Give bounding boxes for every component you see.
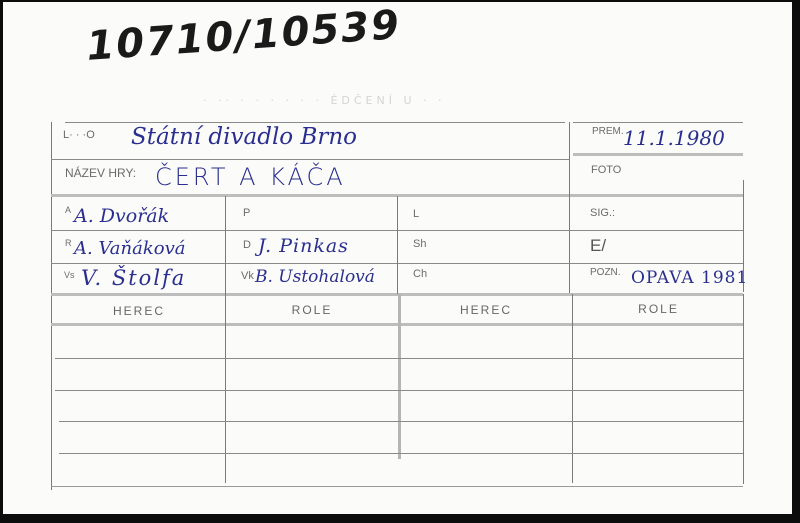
cast-header-role: ROLE bbox=[227, 303, 397, 317]
theatre-value: Státní divadlo Brno bbox=[131, 124, 357, 150]
row-line bbox=[51, 159, 569, 160]
faded-header-text: · ·· · · · · · · ÉDČENÍ U · · bbox=[203, 94, 446, 107]
director-label: R bbox=[65, 238, 72, 248]
table-row bbox=[55, 358, 743, 359]
row-line bbox=[573, 153, 743, 156]
form-top-line-right bbox=[573, 122, 743, 123]
column-line bbox=[743, 294, 744, 484]
l-label: L bbox=[413, 208, 419, 220]
form-left-border bbox=[51, 122, 52, 490]
p-label: P bbox=[243, 207, 250, 219]
premiere-value: 11.1.1980 bbox=[623, 126, 725, 150]
catalog-number: 10710/10539 bbox=[85, 2, 402, 70]
set-designer-label: Vs bbox=[64, 270, 75, 280]
column-line bbox=[398, 294, 401, 459]
play-title-value: ČERT A KÁČA bbox=[155, 163, 346, 191]
table-row bbox=[59, 453, 743, 454]
column-line bbox=[397, 196, 398, 294]
archive-card: 10710/10539 · ·· · · · · · · ÉDČENÍ U · … bbox=[3, 2, 792, 514]
column-line bbox=[569, 122, 570, 294]
table-row bbox=[59, 421, 743, 422]
cast-header-actor: HEREC bbox=[401, 303, 571, 317]
conductor-label: D bbox=[243, 239, 251, 251]
premiere-label: PREM. bbox=[592, 126, 624, 137]
author-value: A. Dvořák bbox=[74, 205, 169, 227]
column-line bbox=[225, 294, 226, 483]
form-top-line bbox=[65, 122, 565, 123]
cast-header-role: ROLE bbox=[574, 302, 743, 316]
table-bottom-line bbox=[51, 486, 743, 487]
column-line bbox=[572, 294, 573, 483]
author-label: A bbox=[65, 205, 71, 215]
cast-header-line bbox=[51, 323, 743, 326]
ch-label: Ch bbox=[413, 268, 427, 280]
costume-designer-label: Vk bbox=[241, 270, 254, 282]
costume-designer-value: B. Ustohalová bbox=[255, 267, 375, 287]
theatre-label: L· · ·O bbox=[63, 129, 95, 141]
conductor-value: J. Pinkas bbox=[258, 235, 349, 257]
e-label: E/ bbox=[590, 236, 606, 256]
director-value: A. Vaňáková bbox=[74, 238, 186, 259]
note-label: POZN. bbox=[590, 267, 621, 278]
signature-label: SIG.: bbox=[590, 207, 615, 219]
cast-header-actor: HEREC bbox=[53, 304, 225, 318]
play-title-label: NÁZEV HRY: bbox=[65, 166, 136, 180]
note-value: OPAVA 1981 bbox=[631, 268, 748, 288]
set-designer-value: V. Štolfa bbox=[81, 266, 186, 290]
table-row bbox=[55, 390, 743, 391]
sh-label: Sh bbox=[413, 238, 426, 250]
photo-label: FOTO bbox=[591, 164, 621, 176]
column-line bbox=[225, 196, 226, 294]
